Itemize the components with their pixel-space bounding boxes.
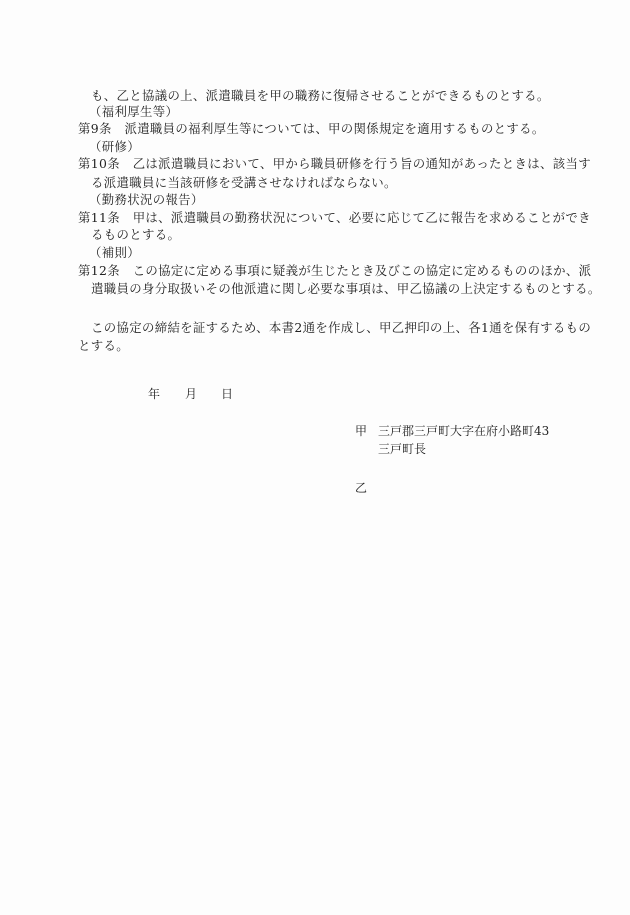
heading-supplementary: （補則） — [89, 245, 140, 261]
heading-welfare: （福利厚生等） — [89, 104, 178, 120]
party-a-title: 三戸町長 — [378, 441, 426, 457]
closing-line-2: とする。 — [78, 338, 129, 354]
article-9: 第9条 派遣職員の福利厚生等については、甲の関係規定を適用するものとする。 — [78, 121, 545, 137]
party-a-label: 甲 — [355, 423, 367, 439]
date-day: 日 — [221, 386, 233, 402]
party-a-address: 三戸郡三戸町大字在府小路町43 — [378, 423, 549, 439]
article-10-line-2: る派遣職員に当該研修を受講させなければならない。 — [91, 175, 397, 191]
heading-work-report: （勤務状況の報告） — [89, 192, 204, 208]
closing-line-1: この協定の締結を証するため、本書2通を作成し、甲乙押印の上、各1通を保有するもの — [91, 320, 591, 336]
article-11-line-1: 第11条 甲は、派遣職員の勤務状況について、必要に応じて乙に報告を求めることがで… — [78, 210, 591, 226]
date-year: 年 — [148, 386, 160, 402]
article-10-line-1: 第10条 乙は派遣職員において、甲から職員研修を行う旨の通知があったときは、該当… — [78, 156, 591, 172]
date-month: 月 — [185, 386, 197, 402]
article-8-continuation: も、乙と協議の上、派遣職員を甲の職務に復帰させることができるものとする。 — [91, 88, 550, 104]
article-12-line-1: 第12条 この協定に定める事項に疑義が生じたとき及びこの協定に定めるもののほか、… — [78, 263, 591, 279]
article-11-line-2: るものとする。 — [91, 227, 180, 243]
document-page: も、乙と協議の上、派遣職員を甲の職務に復帰させることができるものとする。 （福利… — [0, 0, 630, 915]
article-12-line-2: 遣職員の身分取扱いその他派遣に関し必要な事項は、甲乙協議の上決定するものとする。 — [91, 281, 601, 297]
heading-training: （研修） — [89, 139, 140, 155]
party-b-label: 乙 — [355, 480, 367, 496]
